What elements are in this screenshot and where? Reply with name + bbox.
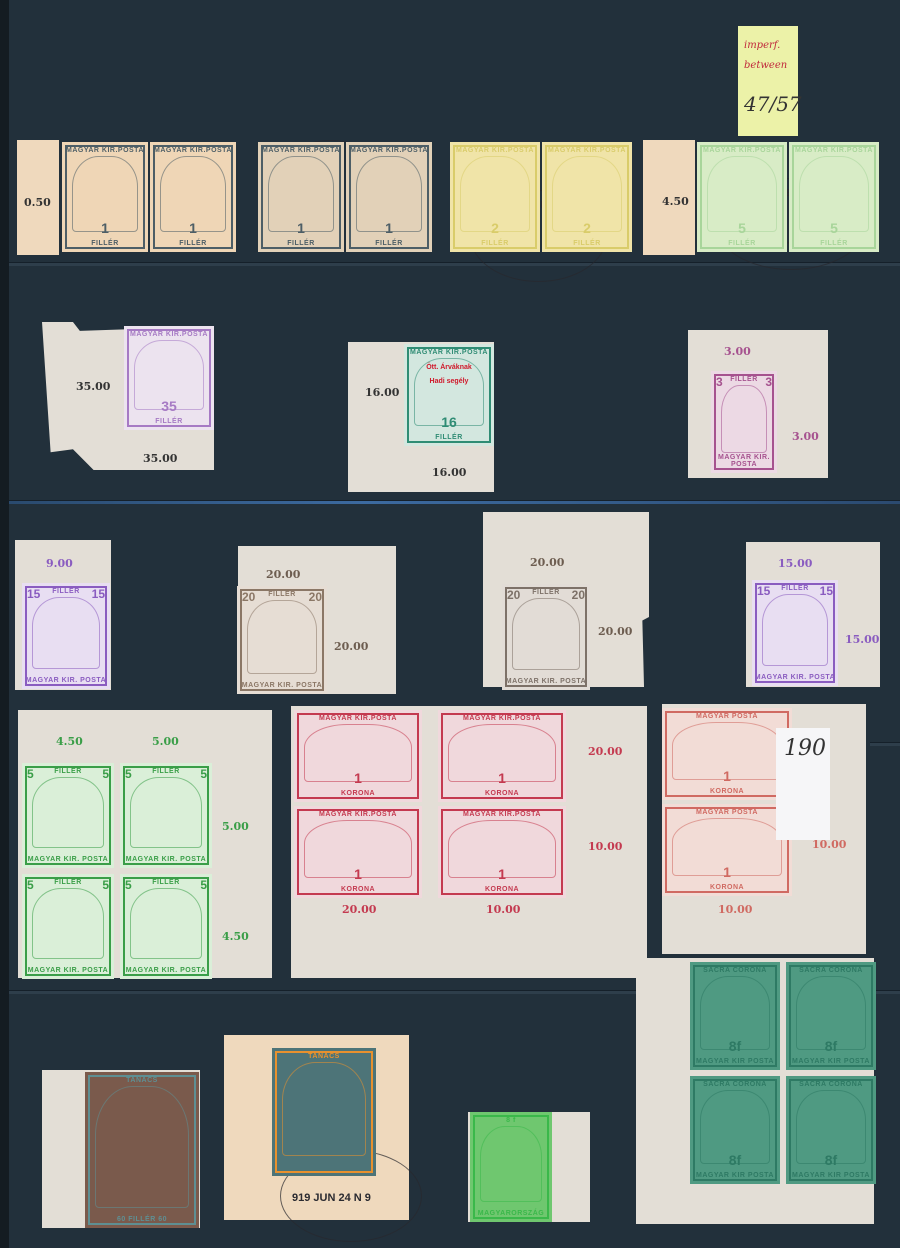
stamp: FILLÉR1515MAGYAR KIR. POSTA [22, 583, 110, 689]
margin-number: 5.00 [152, 735, 179, 748]
margin-number: 4.50 [56, 735, 83, 748]
stamp: FILLÉR55MAGYAR KIR. POSTA [120, 763, 212, 868]
stamp: FILLÉR2020MAGYAR KIR. POSTA [237, 586, 327, 694]
margin-number: 4.50 [222, 930, 249, 943]
margin-number: 16.00 [365, 386, 399, 399]
margin-number: 10.00 [718, 903, 752, 916]
stamp: FILLÉR55MAGYAR KIR. POSTA [22, 874, 114, 979]
margin-number: 20.00 [598, 625, 632, 638]
margin-number: 20.00 [342, 903, 376, 916]
white-note: 190 [776, 728, 830, 840]
stamp: MAGYAR KIR.POSTA2FILLÉR [450, 142, 540, 252]
stamp: MAGYAR KIR.POSTA1FILLÉR [346, 142, 432, 252]
note-line: between [744, 60, 787, 71]
stamp: SACRA CORONA8fMAGYAR KIR POSTA [786, 962, 876, 1070]
margin-number: 10.00 [588, 840, 622, 853]
stamp: MAGYAR KIR.POSTA1KORONA [438, 710, 566, 802]
stamp: MAGYAR POSTA1KORONA [662, 708, 792, 800]
margin-number: 20.00 [530, 556, 564, 569]
stamp: FILLÉR33MAGYAR KIR. POSTA [711, 371, 777, 473]
stamp: MAGYAR KIR.POSTA16FILLÉRÖtt. ÁrváknakHad… [404, 344, 494, 446]
margin-number: 5.00 [222, 820, 249, 833]
margin-number: 20.00 [266, 568, 300, 581]
margin-number: 35.00 [76, 380, 110, 393]
margin-number: 15.00 [778, 557, 812, 570]
margin-number: 20.00 [334, 640, 368, 653]
note-line: imperf. [744, 40, 780, 51]
stamp: SACRA CORONA8fMAGYAR KIR POSTA [786, 1076, 876, 1184]
stamp: FILLÉR55MAGYAR KIR. POSTA [22, 763, 114, 868]
margin-number: 4.50 [662, 195, 689, 208]
margin-number: 20.00 [588, 745, 622, 758]
stamp: 8 fMAGYARORSZÁG [470, 1112, 552, 1222]
note-text: 190 [784, 736, 826, 761]
margin-number: 15.00 [845, 633, 879, 646]
margin-number: 9.00 [46, 557, 73, 570]
stamp: MAGYAR KIR.POSTA5FILLÉR [789, 142, 879, 252]
stamp: TANÁCS [272, 1048, 376, 1176]
yellow-note: imperf. between 47/57 [738, 26, 798, 136]
strip-divider [870, 742, 900, 746]
margin-number: 0.50 [24, 196, 51, 209]
stamp: SACRA CORONA8fMAGYAR KIR POSTA [690, 962, 780, 1070]
stamp: FILLÉR2020MAGYAR KIR. POSTA [502, 584, 590, 690]
stamp: MAGYAR KIR.POSTA1FILLÉR [150, 142, 236, 252]
stamp: FILLÉR1515MAGYAR KIR. POSTA [752, 580, 838, 686]
margin-number: 16.00 [432, 466, 466, 479]
stamp: MAGYAR KIR.POSTA5FILLÉR [697, 142, 787, 252]
stamp: MAGYAR KIR.POSTA2FILLÉR [542, 142, 632, 252]
margin-number: 3.00 [792, 430, 819, 443]
stamp: MAGYAR KIR.POSTA35FILLÉR [124, 326, 214, 430]
stamp: MAGYAR KIR.POSTA1FILLÉR [258, 142, 344, 252]
stamp: SACRA CORONA8fMAGYAR KIR POSTA [690, 1076, 780, 1184]
stamp: MAGYAR KIR.POSTA1KORONA [294, 710, 422, 802]
margin-number: 10.00 [486, 903, 520, 916]
stamp: MAGYAR KIR.POSTA1KORONA [438, 806, 566, 898]
stamp: MAGYAR POSTA1KORONA [662, 804, 792, 896]
stamp: FILLÉR55MAGYAR KIR. POSTA [120, 874, 212, 979]
margin-number: 35.00 [143, 452, 177, 465]
stamp: MAGYAR KIR.POSTA1FILLÉR [62, 142, 148, 252]
note-line: 47/57 [744, 92, 802, 116]
margin-number: 3.00 [724, 345, 751, 358]
stamp: MAGYAR KIR.POSTA1KORONA [294, 806, 422, 898]
strip-divider [9, 500, 900, 504]
stamp: TANÁCS60 FILLÉR 60 [85, 1072, 199, 1228]
postmark-date: 919 JUN 24 N 9 [292, 1192, 371, 1204]
album-binding [0, 0, 9, 1248]
